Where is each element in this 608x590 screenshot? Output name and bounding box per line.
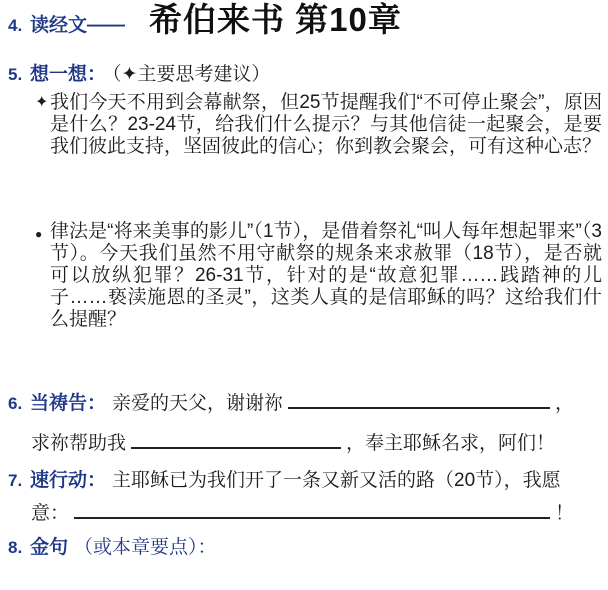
worksheet-page: 4.读经文——希伯来书 第10章 5.想一想：（✦主要思考建议） ✦ 我们今天不… — [0, 0, 608, 590]
act-label: 速行动： — [30, 470, 106, 491]
section-think-heading: 5.想一想：（✦主要思考建议） — [8, 63, 270, 87]
section-number: 6. — [8, 392, 30, 416]
act-line2-suffix: ！ — [555, 503, 574, 524]
golden-verse-note: （或本章要点）： — [74, 537, 217, 558]
act-line1-text: 主耶稣已为我们开了一条又新又活的路（20节），我愿 — [112, 470, 561, 491]
pray-line2-suffix: ，奉主耶稣名求，阿们！ — [346, 433, 555, 454]
dot-bullet-icon: ● — [35, 223, 42, 245]
section-number: 8. — [8, 536, 30, 560]
read-scripture-label: 读经文—— — [30, 15, 125, 36]
section-pray-line1: 6.当祷告：亲爱的天父，谢谢祢， — [8, 392, 574, 416]
pray-line1-comma: ， — [555, 393, 574, 414]
act-line2-prefix: 意： — [31, 503, 69, 524]
golden-verse-label: 金句 — [30, 537, 68, 558]
section-act-line2: 意：！ — [31, 502, 574, 526]
star-bullet-icon: ✦ — [35, 92, 48, 114]
section-read-scripture: 4.读经文——希伯来书 第10章 — [8, 8, 402, 38]
pray-blank-1 — [288, 393, 550, 409]
section-number: 4. — [8, 14, 30, 38]
think-note: （✦主要思考建议） — [112, 64, 270, 85]
section-act-line1: 7.速行动：主耶稣已为我们开了一条又新又活的路（20节），我愿 — [8, 469, 561, 493]
chapter-title: 希伯来书 第10章 — [149, 1, 402, 38]
section-number: 7. — [8, 469, 30, 493]
pray-blank-2 — [131, 433, 341, 449]
act-blank — [74, 503, 550, 519]
pray-line2-text: 求祢帮助我 — [31, 433, 126, 454]
section-pray-line2: 求祢帮助我，奉主耶稣名求，阿们！ — [31, 432, 555, 456]
think-bullet-1-text: 我们今天不用到会幕献祭，但25节提醒我们“不可停止聚会”，原因是什么？23-24… — [50, 92, 602, 158]
think-bullet-1: ✦ 我们今天不用到会幕献祭，但25节提醒我们“不可停止聚会”，原因是什么？23-… — [35, 92, 602, 158]
think-bullet-2: ● 律法是“将来美事的影儿”（1节），是借着祭礼“叫人每年想起罪来”（3节）。今… — [35, 221, 602, 331]
section-number: 5. — [8, 63, 30, 87]
section-golden-verse: 8.金句（或本章要点）： — [8, 536, 217, 560]
pray-label: 当祷告： — [30, 393, 106, 414]
think-bullet-2-text: 律法是“将来美事的影儿”（1节），是借着祭礼“叫人每年想起罪来”（3节）。今天我… — [50, 221, 602, 331]
pray-line1-text: 亲爱的天父，谢谢祢 — [112, 393, 283, 414]
think-label: 想一想： — [30, 64, 106, 85]
